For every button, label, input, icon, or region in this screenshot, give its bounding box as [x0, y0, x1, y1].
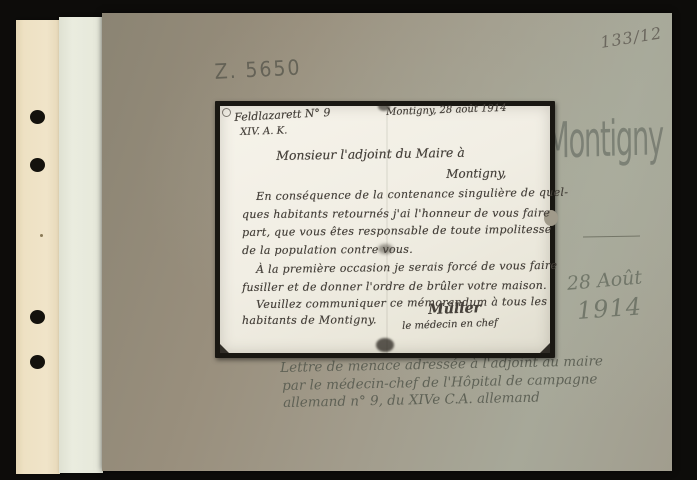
pencil-divider — [583, 236, 640, 238]
letter-body-line: fusiller et de donner l'ordre de brûler … — [242, 279, 547, 294]
date-line-1: 28 Août — [566, 266, 643, 294]
letter-signature: Müller — [428, 300, 481, 318]
corner-mark-tl — [222, 108, 231, 117]
punch-hole — [30, 110, 45, 124]
letter-body-line: En conséquence de la contenance singuliè… — [256, 186, 568, 203]
place-title: Montigny — [546, 109, 663, 170]
letter-body-line: Veuillez communiquer ce mémorandum à tou… — [256, 295, 547, 311]
stain-bottom — [376, 338, 394, 352]
letter-body-line: À la première occasion je serais forcé d… — [256, 259, 557, 276]
letter-body-line: part, que vous êtes responsable de toute… — [242, 223, 552, 239]
letter-dateline: Montigny, 28 août 1914 — [386, 103, 507, 118]
folio-number: 133/12 — [599, 23, 664, 52]
punch-hole — [30, 310, 45, 324]
letter-photograph: Feldlazarett N° 9 XIV. A. K. Montigny, 2… — [215, 101, 555, 358]
letter-salutation: Monsieur l'adjoint du Maire à — [276, 145, 465, 163]
binder-page-edge-cream — [16, 20, 60, 474]
letter-header-unit: Feldlazarett N° 9 — [234, 106, 331, 124]
binder-page-edge-pale — [59, 17, 103, 473]
letter-header-corps: XIV. A. K. — [240, 125, 287, 138]
letter-salutation-place: Montigny, — [446, 166, 507, 181]
corner-mark-br — [540, 343, 550, 353]
archive-scan: Z. 5650 133/12 Montigny 28 Août 1914 Let… — [0, 0, 697, 480]
letter-signature-title: le médecin en chef — [402, 318, 498, 332]
mount-card: Z. 5650 133/12 Montigny 28 Août 1914 Let… — [102, 13, 672, 471]
paper-speck — [40, 234, 43, 237]
punch-hole — [30, 355, 45, 369]
punch-hole — [30, 158, 45, 172]
letter-body-line: de la population contre vous. — [242, 243, 413, 257]
corner-mark-bl — [220, 344, 229, 353]
letter-body-line: ques habitants retournés j'ai l'honneur … — [242, 206, 550, 221]
date-line-2: 1914 — [576, 292, 643, 324]
catalog-number: Z. 5650 — [214, 54, 302, 84]
letter-body-line: habitants de Montigny. — [242, 313, 377, 327]
